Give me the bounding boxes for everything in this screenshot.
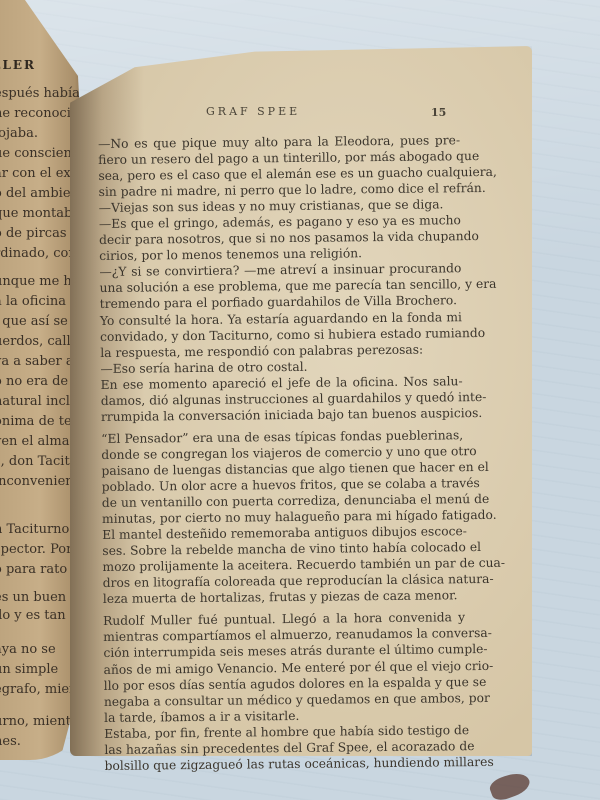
left-fragment: inconvenientes — [0, 472, 80, 492]
left-fragment: do y es tan — [0, 606, 66, 626]
text-line: bolsillo que zigzagueó las rutas oceánic… — [105, 754, 467, 774]
left-fragment: un simple — [0, 660, 58, 680]
left-fragment: ne reconoció y — [0, 104, 80, 124]
table-stain — [487, 769, 532, 800]
left-fragment: unque me hallaba — [0, 272, 80, 292]
left-fragment: , que así se — [0, 312, 68, 332]
left-fragment: ar con el ex — [0, 164, 71, 184]
left-fragment: o para rato — — [0, 560, 80, 580]
page-body-text: —No es que pique muy alto para la Eleodo… — [98, 132, 467, 774]
left-fragment: spector. Por lo — [0, 540, 80, 560]
left-fragment: o del ambiente — [0, 184, 80, 204]
left-fragment: a la oficina de — [0, 292, 80, 312]
left-fragment: que montaba — [0, 204, 80, 224]
left-fragment: uerdos, callo en — [0, 332, 80, 352]
left-fragment: natural inclina — [0, 392, 80, 412]
left-fragment: ue conscientemen — [0, 144, 80, 164]
left-fragment: o no era de ese — [0, 372, 80, 392]
left-fragment: ya a saber a qu — [0, 352, 80, 372]
left-fragment: o de pircas y — [0, 224, 78, 244]
left-fragment: égrafo, mientras — [0, 680, 80, 700]
left-fragment: aya no se — [0, 640, 56, 660]
left-fragment: yen el alma de — [0, 432, 80, 452]
left-fragment: s, don Tacitur — [0, 452, 80, 472]
left-fragment: n Taciturno? — [0, 520, 76, 540]
left-fragment: lojaba. — [0, 124, 38, 144]
left-page-text: espués había ne reconoció y lojaba. ue c… — [0, 0, 80, 760]
left-fragment: es un buen — [0, 588, 66, 608]
left-fragment: nes. — [0, 732, 21, 752]
left-fragment: rdinado, como — [0, 244, 80, 264]
running-header-title: GRAF SPEE — [206, 105, 300, 118]
left-fragment: urno, mientras — [0, 712, 80, 732]
page-number: 15 — [431, 106, 446, 119]
left-fragment: ónima de teleg — [0, 412, 80, 432]
left-fragment: espués había — [0, 84, 80, 104]
